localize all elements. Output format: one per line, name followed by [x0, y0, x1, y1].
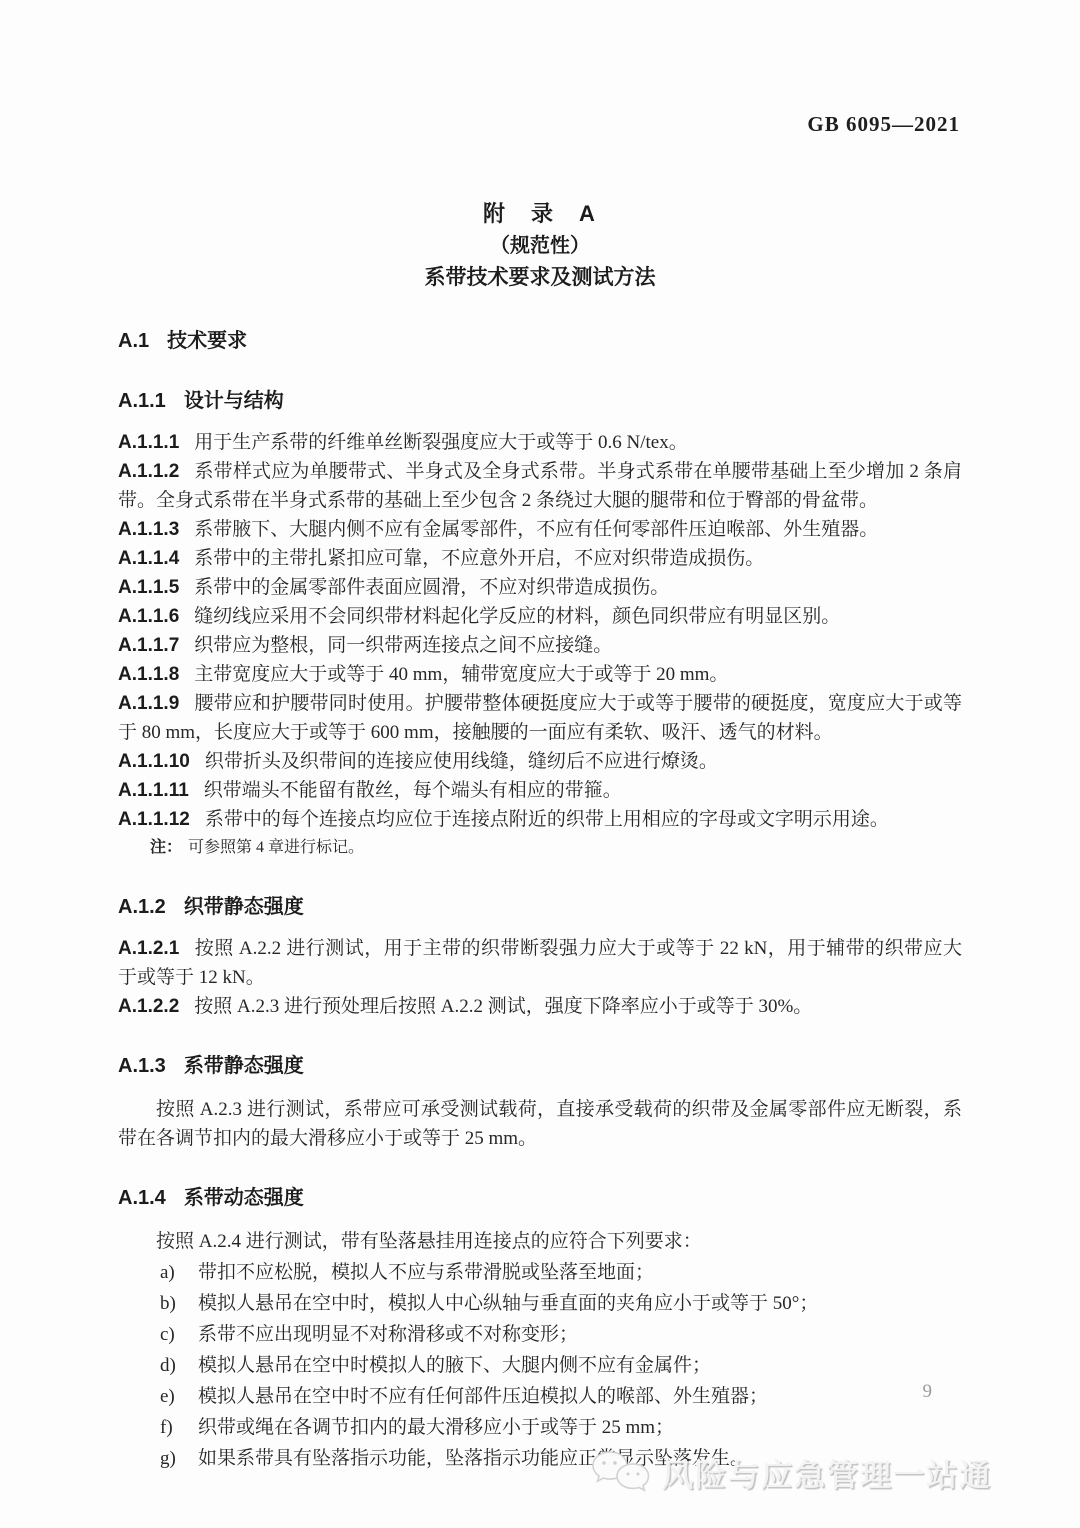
clause-A.1.1.11: A.1.1.11织带端头不能留有散丝，每个端头有相应的带箍。 — [118, 776, 962, 805]
list-marker: e) — [160, 1382, 175, 1411]
clause-number: A.1.1.5 — [118, 577, 179, 598]
clause-number: A.1.1.7 — [118, 635, 179, 656]
page-number: 9 — [923, 1381, 933, 1403]
clause-number: A.1.1.6 — [118, 606, 179, 627]
clause-A.1.1.12: A.1.1.12系带中的每个连接点均应位于连接点附近的织带上用相应的字母或文字明… — [118, 805, 962, 834]
list-item-a: a)带扣不应松脱，模拟人不应与系带滑脱或坠落至地面； — [118, 1258, 962, 1287]
section-number: A.1.2 — [118, 896, 166, 918]
section-number: A.1 — [118, 330, 149, 352]
clause-number: A.1.1.11 — [118, 780, 189, 801]
standard-number: GB 6095—2021 — [807, 112, 960, 137]
clause-number: A.1.1.3 — [118, 519, 179, 540]
paragraph: 按照 A.2.3 进行测试，系带应可承受测试载荷，直接承受载荷的织带及金属零部件… — [118, 1095, 962, 1153]
appendix-title: 附 录 A （规范性） 系带技术要求及测试方法 — [118, 198, 962, 294]
clause-A.1.2.2: A.1.2.2按照 A.2.3 进行预处理后按照 A.2.2 测试，强度下降率应… — [118, 992, 962, 1021]
clause-A.1.1.10: A.1.1.10织带折头及织带间的连接应使用线缝，缝纫后不应进行燎烫。 — [118, 747, 962, 776]
section-number: A.1.3 — [118, 1055, 166, 1077]
paragraph: 按照 A.2.4 进行测试，带有坠落悬挂用连接点的应符合下列要求： — [118, 1227, 962, 1256]
document-page: GB 6095—2021 附 录 A （规范性） 系带技术要求及测试方法 A.1… — [0, 0, 1080, 1528]
clause-number: A.1.2.1 — [118, 938, 179, 959]
appendix-title-line2: （规范性） — [118, 230, 962, 262]
clause-number: A.1.1.9 — [118, 693, 179, 714]
list-marker: a) — [160, 1258, 175, 1287]
chat-bubbles-icon — [590, 1448, 652, 1496]
document-body: A.1技术要求A.1.1设计与结构A.1.1.1用于生产系带的纤维单丝断裂强度应… — [118, 327, 962, 1473]
clause-A.1.1.4: A.1.1.4系带中的主带扎紧扣应可靠，不应意外开启，不应对织带造成损伤。 — [118, 544, 962, 573]
clause-number: A.1.1.2 — [118, 461, 179, 482]
section-heading-A.1.1: A.1.1设计与结构 — [118, 387, 962, 416]
watermark-text: 风险与应急管理一站通 — [662, 1450, 992, 1495]
clause-A.1.2.1: A.1.2.1按照 A.2.2 进行测试，用于主带的织带断裂强力应大于或等于 2… — [118, 934, 962, 992]
clause-A.1.1.9: A.1.1.9腰带应和护腰带同时使用。护腰带整体硬挺度应大于或等于腰带的硬挺度，… — [118, 689, 962, 747]
section-number: A.1.1 — [118, 390, 166, 412]
clause-number: A.1.1.10 — [118, 751, 190, 772]
watermark: 风险与应急管理一站通 — [590, 1448, 992, 1496]
clause-number: A.1.1.8 — [118, 664, 179, 685]
list-marker: f) — [160, 1413, 173, 1442]
clause-number: A.1.1.12 — [118, 809, 190, 830]
list-marker: c) — [160, 1320, 175, 1349]
list-item-f: f)织带或绳在各调节扣内的最大滑移应小于或等于 25 mm； — [118, 1413, 962, 1442]
list-item-c: c)系带不应出现明显不对称滑移或不对称变形； — [118, 1320, 962, 1349]
clause-A.1.1.5: A.1.1.5系带中的金属零部件表面应圆滑，不应对织带造成损伤。 — [118, 573, 962, 602]
list-marker: b) — [160, 1289, 176, 1318]
clause-number: A.1.1.1 — [118, 432, 179, 453]
section-heading-A.1.3: A.1.3系带静态强度 — [118, 1052, 962, 1081]
list-item-b: b)模拟人悬吊在空中时，模拟人中心纵轴与垂直面的夹角应小于或等于 50°； — [118, 1289, 962, 1318]
clause-A.1.1.7: A.1.1.7织带应为整根，同一织带两连接点之间不应接缝。 — [118, 631, 962, 660]
list-marker: g) — [160, 1444, 176, 1473]
list-item-e: e)模拟人悬吊在空中时不应有任何部件压迫模拟人的喉部、外生殖器； — [118, 1382, 962, 1411]
note-label: 注： — [150, 839, 182, 856]
page-content: 附 录 A （规范性） 系带技术要求及测试方法 A.1技术要求A.1.1设计与结… — [118, 198, 962, 1473]
clause-number: A.1.2.2 — [118, 996, 179, 1017]
appendix-title-line3: 系带技术要求及测试方法 — [118, 262, 962, 294]
clause-A.1.1.1: A.1.1.1用于生产系带的纤维单丝断裂强度应大于或等于 0.6 N/tex。 — [118, 428, 962, 457]
list-item-d: d)模拟人悬吊在空中时模拟人的腋下、大腿内侧不应有金属件； — [118, 1351, 962, 1380]
note: 注：可参照第 4 章进行标记。 — [150, 834, 962, 862]
clause-number: A.1.1.4 — [118, 548, 179, 569]
appendix-title-line1: 附 录 A — [118, 198, 962, 230]
clause-A.1.1.2: A.1.1.2系带样式应为单腰带式、半身式及全身式系带。半身式系带在单腰带基础上… — [118, 457, 962, 515]
clause-A.1.1.6: A.1.1.6缝纫线应采用不会同织带材料起化学反应的材料，颜色同织带应有明显区别… — [118, 602, 962, 631]
section-number: A.1.4 — [118, 1187, 166, 1209]
section-heading-A.1: A.1技术要求 — [118, 327, 962, 356]
section-heading-A.1.2: A.1.2织带静态强度 — [118, 893, 962, 922]
clause-A.1.1.8: A.1.1.8主带宽度应大于或等于 40 mm，辅带宽度应大于或等于 20 mm… — [118, 660, 962, 689]
clause-A.1.1.3: A.1.1.3系带腋下、大腿内侧不应有金属零部件，不应有任何零部件压迫喉部、外生… — [118, 515, 962, 544]
list-marker: d) — [160, 1351, 176, 1380]
section-heading-A.1.4: A.1.4系带动态强度 — [118, 1184, 962, 1213]
